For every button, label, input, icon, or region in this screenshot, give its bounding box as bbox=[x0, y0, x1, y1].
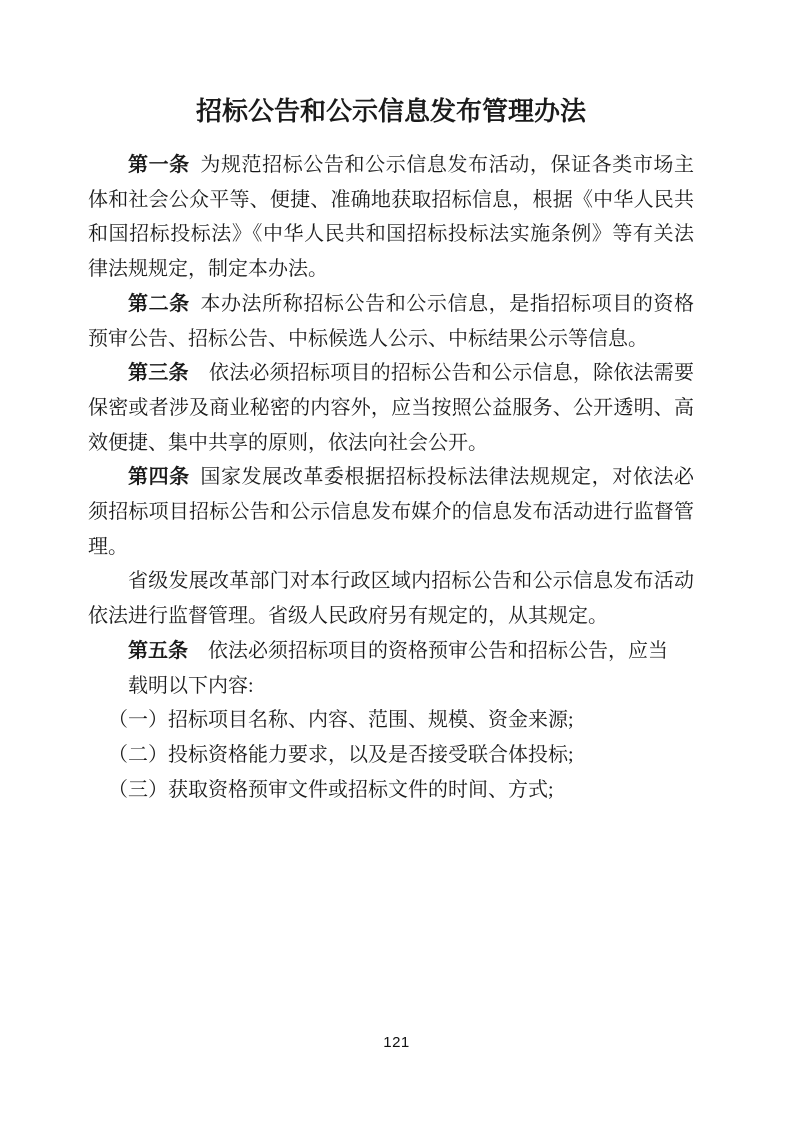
list-item-1: （一）招标项目名称、内容、范围、规模、资金来源; bbox=[88, 703, 694, 738]
list-item-text-1: （一）招标项目名称、内容、范围、规模、资金来源; bbox=[108, 709, 574, 731]
article-paragraph-1: 第一条 为规范招标公告和公示信息发布活动，保证各类市场主体和社会公众平等、便捷、… bbox=[88, 148, 694, 287]
article-paragraph-7: 载明以下内容: bbox=[88, 669, 694, 704]
paragraph-text-6: 依法必须招标项目的资格预审公告和招标公告，应当 bbox=[188, 640, 668, 662]
document-body: 招标公告和公示信息发布管理办法 第一条 为规范招标公告和公示信息发布活动，保证各… bbox=[88, 90, 694, 807]
article-number-4: 第四条 bbox=[128, 466, 190, 488]
article-paragraph-2: 第二条 本办法所称招标公告和公示信息，是指招标项目的资格预审公告、招标公告、中标… bbox=[88, 287, 694, 356]
list-item-text-3: （三）获取资格预审文件或招标文件的时间、方式; bbox=[108, 779, 554, 801]
article-number-3: 第三条 bbox=[128, 362, 189, 384]
page-number: 121 bbox=[0, 1034, 793, 1051]
list-item-text-2: （二）投标资格能力要求，以及是否接受联合体投标; bbox=[108, 744, 574, 766]
article-number-2: 第二条 bbox=[128, 293, 190, 315]
list-item-2: （二）投标资格能力要求，以及是否接受联合体投标; bbox=[88, 738, 694, 773]
document-page: 招标公告和公示信息发布管理办法 第一条 为规范招标公告和公示信息发布活动，保证各… bbox=[0, 0, 793, 1122]
article-paragraph-3: 第三条 依法必须招标项目的招标公告和公示信息，除依法需要保密或者涉及商业秘密的内… bbox=[88, 356, 694, 460]
article-paragraph-5: 省级发展改革部门对本行政区域内招标公告和公示信息发布活动依法进行监督管理。省级人… bbox=[88, 564, 694, 633]
paragraph-text-7: 载明以下内容: bbox=[128, 675, 254, 697]
article-number-5: 第五条 bbox=[128, 640, 188, 662]
article-paragraph-4: 第四条 国家发展改革委根据招标投标法律法规规定，对依法必须招标项目招标公告和公示… bbox=[88, 460, 694, 564]
document-title: 招标公告和公示信息发布管理办法 bbox=[88, 90, 694, 134]
list-item-3: （三）获取资格预审文件或招标文件的时间、方式; bbox=[88, 773, 694, 808]
paragraph-text-5: 省级发展改革部门对本行政区域内招标公告和公示信息发布活动依法进行监督管理。省级人… bbox=[88, 570, 694, 627]
article-paragraph-6: 第五条 依法必须招标项目的资格预审公告和招标公告，应当 bbox=[88, 634, 694, 669]
article-number-1: 第一条 bbox=[128, 154, 190, 176]
